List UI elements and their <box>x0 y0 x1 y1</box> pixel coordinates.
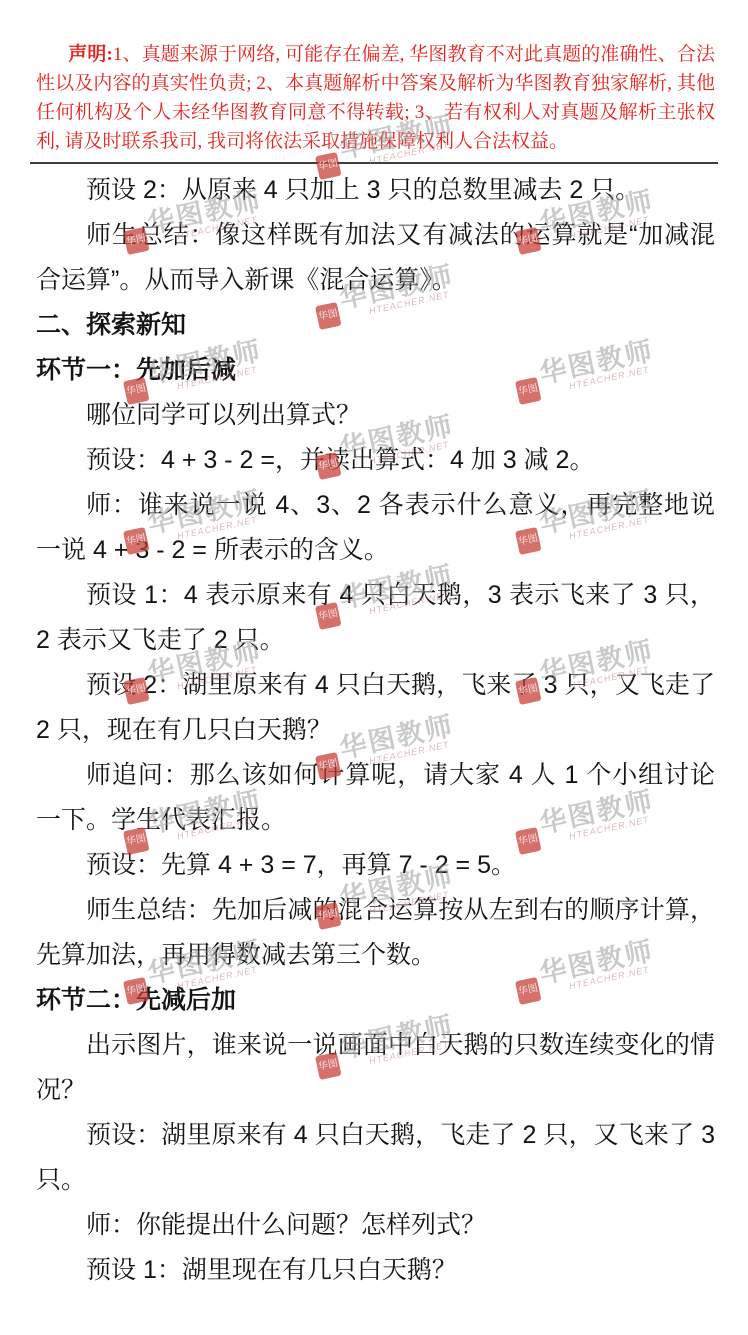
body-paragraph: 预设 2：湖里原来有 4 只白天鹅，飞来了 3 只，又飞走了 2 只，现在有几只… <box>36 663 715 753</box>
stage-heading: 环节一：先加后减 <box>36 348 715 393</box>
body-paragraph: 哪位同学可以列出算式？ <box>36 393 715 438</box>
body-paragraph: 师生总结：像这样既有加法又有减法的运算就是“加减混合运算”。从而导入新课《混合运… <box>36 213 715 303</box>
body-paragraph: 预设 2：从原来 4 只加上 3 只的总数里减去 2 只。 <box>36 168 715 213</box>
stage-heading: 环节二：先减后加 <box>36 978 715 1023</box>
document-body: 预设 2：从原来 4 只加上 3 只的总数里减去 2 只。 师生总结：像这样既有… <box>36 168 715 1293</box>
body-paragraph: 预设：先算 4 + 3 = 7，再算 7 - 2 = 5。 <box>36 843 715 888</box>
body-paragraph: 师：谁来说一说 4、3、2 各表示什么意义，再完整地说一说 4 + 3 - 2 … <box>36 483 715 573</box>
body-paragraph: 预设 1：4 表示原来有 4 只白天鹅，3 表示飞来了 3 只，2 表示又飞走了… <box>36 573 715 663</box>
disclaimer-text: 声明:1、真题来源于网络, 可能存在偏差, 华图教育不对此真题的准确性、合法性以… <box>36 0 715 156</box>
body-paragraph: 预设：湖里原来有 4 只白天鹅，飞走了 2 只，又飞来了 3 只。 <box>36 1113 715 1203</box>
body-paragraph: 师生总结：先加后减的混合运算按从左到右的顺序计算，先算加法，再用得数减去第三个数… <box>36 888 715 978</box>
body-paragraph: 师追问：那么该如何计算呢，请大家 4 人 1 个小组讨论一下。学生代表汇报。 <box>36 753 715 843</box>
body-paragraph: 预设 1：湖里现在有几只白天鹅？ <box>36 1248 715 1293</box>
document-page: 声明:1、真题来源于网络, 可能存在偏差, 华图教育不对此真题的准确性、合法性以… <box>0 0 748 1335</box>
body-paragraph: 师：你能提出什么问题？怎样列式？ <box>36 1203 715 1248</box>
divider-rule <box>30 162 718 164</box>
disclaimer-body: 1、真题来源于网络, 可能存在偏差, 华图教育不对此真题的准确性、合法性以及内容… <box>36 44 715 152</box>
disclaimer-label: 声明: <box>68 44 113 65</box>
section-heading: 二、探索新知 <box>36 303 715 348</box>
body-paragraph: 预设：4 + 3 - 2 =，并读出算式：4 加 3 减 2。 <box>36 438 715 483</box>
body-paragraph: 出示图片，谁来说一说画面中白天鹅的只数连续变化的情况？ <box>36 1023 715 1113</box>
